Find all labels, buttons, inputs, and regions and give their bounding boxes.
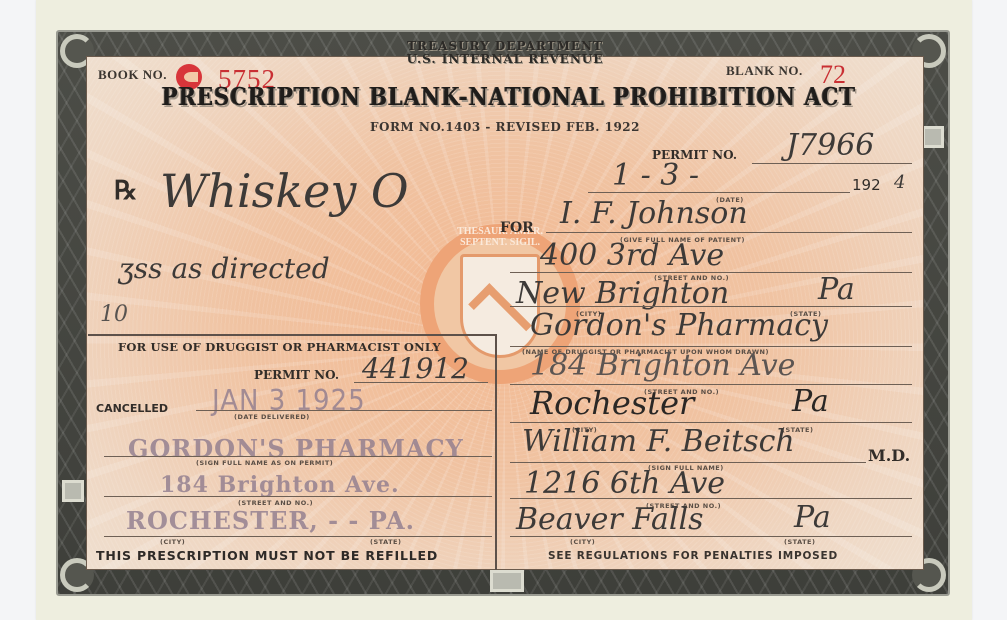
prescription-quantity: 10 xyxy=(100,302,128,327)
druggist-permit-label: PERMIT NO. xyxy=(254,368,339,382)
border-center-ornament-icon xyxy=(490,570,524,592)
date-delivered-caption: (DATE DELIVERED) xyxy=(234,413,310,421)
date-year-prefix: 192 xyxy=(852,176,881,194)
physician-signature: William F. Beitsch xyxy=(522,424,795,459)
physician-city-caption: (CITY) xyxy=(570,538,595,546)
no-refill-notice: THIS PRESCRIPTION MUST NOT BE REFILLED xyxy=(96,548,438,563)
patient-city-line xyxy=(510,306,912,307)
signature-line xyxy=(510,462,866,463)
physician-state-caption: (STATE) xyxy=(784,538,815,546)
physician-city: Beaver Falls xyxy=(516,502,704,537)
penalties-notice: SEE REGULATIONS FOR PENALTIES IMPOSED xyxy=(548,550,838,562)
sign-as-permit-caption: (SIGN FULL NAME AS ON PERMIT) xyxy=(196,459,333,467)
physician-street-line xyxy=(510,498,912,499)
physician-state: Pa xyxy=(794,500,831,535)
druggist-permit-number: 441912 xyxy=(362,352,469,385)
patient-name: I. F. Johnson xyxy=(560,196,748,231)
druggist-sign-line xyxy=(104,456,492,457)
prescription-directions: ʒss as directed xyxy=(118,252,330,285)
physician-city-line xyxy=(510,536,912,537)
patient-street: 400 3rd Ave xyxy=(540,238,724,273)
prescription-item: Whiskey O xyxy=(160,164,409,218)
md-label: M.D. xyxy=(868,446,910,465)
cancelled-label: CANCELLED xyxy=(96,402,168,415)
druggist-name: Gordon's Pharmacy xyxy=(530,308,828,343)
druggist-state-caption-left: (STATE) xyxy=(370,538,401,546)
date-year-suffix: 4 xyxy=(894,172,905,193)
blank-no-label: BLANK NO. xyxy=(726,64,803,78)
pharmacy-city-stamp: ROCHESTER, - - PA. xyxy=(126,506,415,535)
physician-permit-number: J7966 xyxy=(786,128,874,163)
patient-state: Pa xyxy=(818,272,855,307)
for-label: FOR xyxy=(500,220,534,236)
druggist-city-line-left xyxy=(104,536,492,537)
druggist-city-line xyxy=(510,422,912,423)
prescription-date: 1 - 3 - xyxy=(612,158,699,193)
date-line xyxy=(588,192,850,193)
druggist-city-caption-left: (CITY) xyxy=(160,538,185,546)
physician-street: 1216 6th Ave xyxy=(524,466,725,501)
druggist-street-line-left xyxy=(104,496,492,497)
agency-line-2: U.S. INTERNAL REVENUE xyxy=(340,53,670,66)
cancelled-line xyxy=(196,410,492,411)
druggist-city: Rochester xyxy=(530,384,694,422)
pharmacy-street-stamp: 184 Brighton Ave. xyxy=(160,472,400,498)
form-number: FORM NO.1403 - REVISED FEB. 1922 xyxy=(290,120,720,134)
border-block-ornament-icon xyxy=(922,126,944,148)
druggist-street: 184 Brighton Ave xyxy=(530,348,795,383)
patient-line xyxy=(546,232,912,233)
agency-header: TREASURY DEPARTMENT U.S. INTERNAL REVENU… xyxy=(340,40,670,66)
section-divider xyxy=(496,334,497,570)
druggist-name-line xyxy=(510,346,912,347)
border-block-ornament-icon xyxy=(62,480,84,502)
book-no-label: BOOK NO. xyxy=(98,68,167,81)
rx-icon: ℞ xyxy=(114,176,137,206)
permit-line xyxy=(752,163,912,164)
druggist-state: Pa xyxy=(792,384,829,419)
druggist-permit-line xyxy=(354,382,488,383)
